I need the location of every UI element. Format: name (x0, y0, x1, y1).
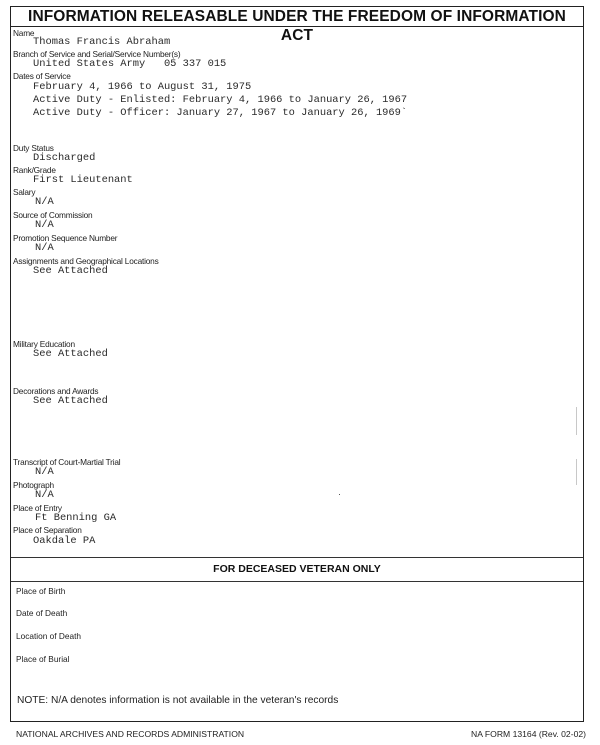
dates-of-service-line: Active Duty - Officer: January 27, 1967 … (33, 107, 407, 119)
scan-speck (339, 494, 340, 495)
na-note: NOTE: N/A denotes information is not ava… (17, 695, 338, 707)
place-of-entry-value: Ft Benning GA (35, 512, 116, 524)
dates-of-service-line: February 4, 1966 to August 31, 1975 (33, 81, 251, 93)
scan-artifact (576, 459, 577, 485)
rank-grade-value: First Lieutenant (33, 174, 133, 186)
form-title: INFORMATION RELEASABLE UNDER THE FREEDOM… (11, 7, 583, 27)
photograph-value: N/A (35, 489, 54, 501)
assignments-value: See Attached (33, 265, 108, 277)
form-number-footer: NA FORM 13164 (Rev. 02-02) (471, 729, 586, 740)
place-of-burial-label: Place of Burial (16, 654, 70, 664)
agency-footer: NATIONAL ARCHIVES AND RECORDS ADMINISTRA… (16, 729, 244, 740)
name-value: Thomas Francis Abraham (33, 36, 170, 48)
military-education-value: See Attached (33, 348, 108, 360)
date-of-death-label: Date of Death (16, 608, 67, 618)
section-divider (11, 557, 583, 558)
place-of-birth-label: Place of Birth (16, 586, 65, 596)
deceased-section-title: FOR DECEASED VETERAN ONLY (11, 562, 583, 576)
dates-of-service-line: Active Duty - Enlisted: February 4, 1966… (33, 94, 407, 106)
section-divider (11, 581, 583, 582)
place-of-separation-value: Oakdale PA (33, 535, 95, 547)
salary-value: N/A (35, 196, 54, 208)
decorations-awards-value: See Attached (33, 395, 108, 407)
branch-value: United States Army 05 337 015 (33, 58, 226, 70)
promotion-sequence-label: Promotion Sequence Number (13, 233, 117, 243)
salary-label: Salary (13, 187, 35, 197)
scan-artifact (576, 407, 577, 435)
name-label: Name (13, 28, 34, 38)
duty-status-value: Discharged (33, 152, 95, 164)
court-martial-value: N/A (35, 466, 54, 478)
source-of-commission-value: N/A (35, 219, 54, 231)
place-of-separation-label: Place of Separation (13, 525, 82, 535)
location-of-death-label: Location of Death (16, 631, 81, 641)
foia-release-form: INFORMATION RELEASABLE UNDER THE FREEDOM… (10, 6, 584, 722)
promotion-sequence-value: N/A (35, 242, 54, 254)
dates-of-service-label: Dates of Service (13, 71, 71, 81)
court-martial-label: Transcript of Court-Martial Trial (13, 457, 120, 467)
